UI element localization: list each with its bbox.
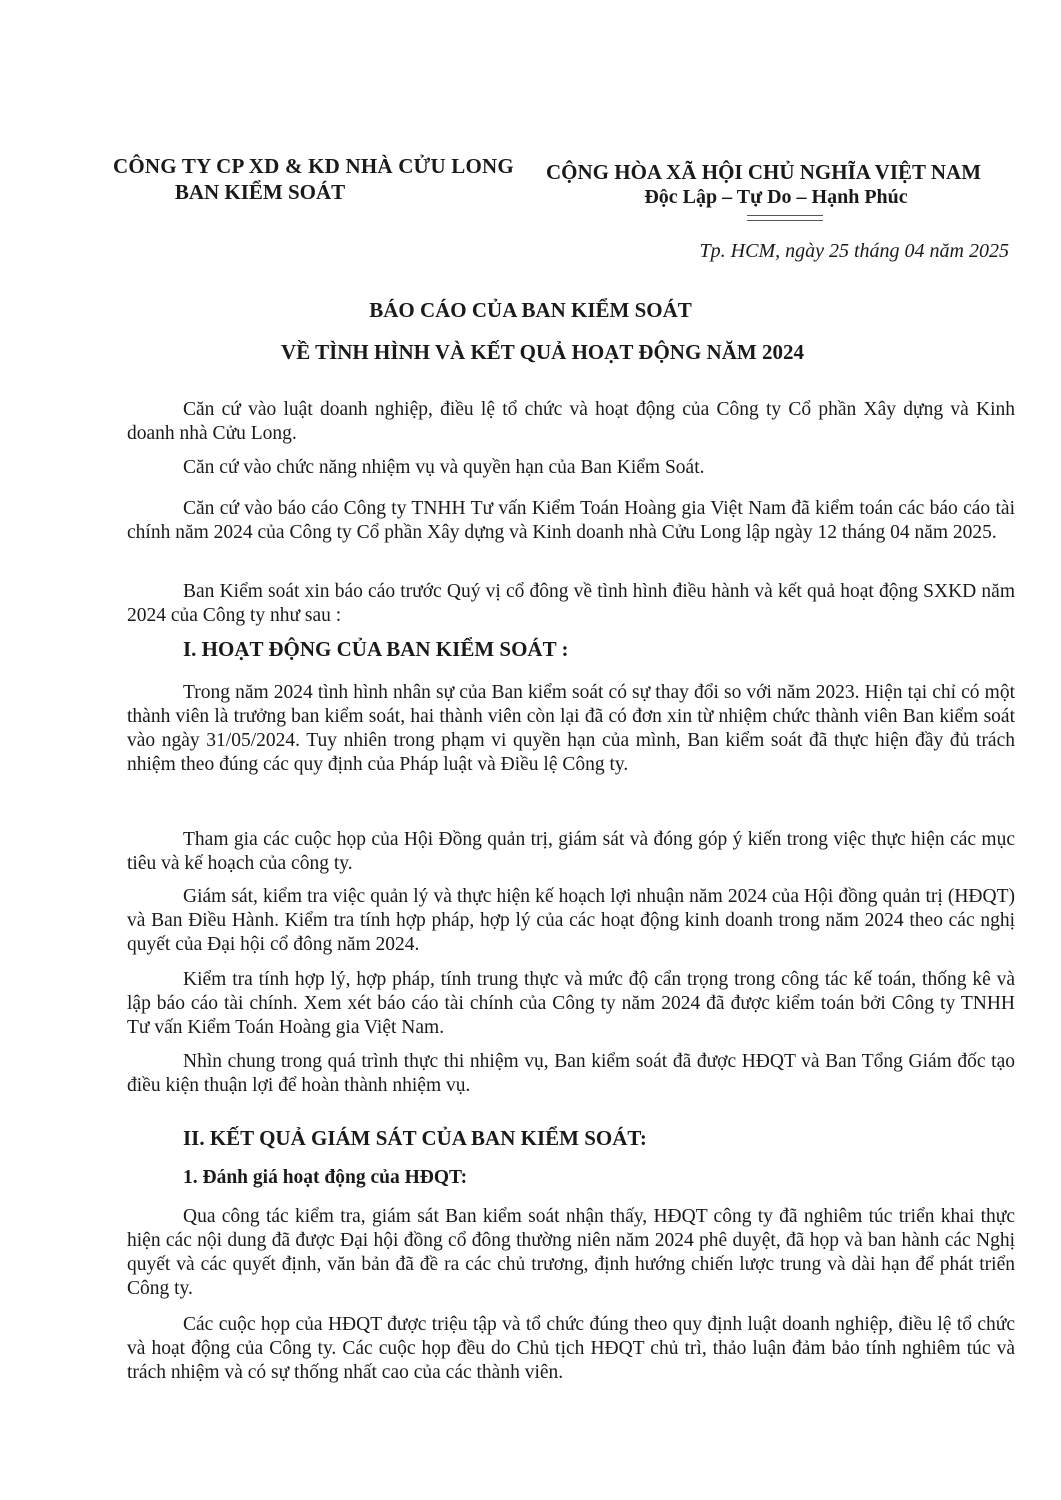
section-1-paragraph: Trong năm 2024 tình hình nhân sự của Ban… — [127, 681, 1015, 777]
preamble-paragraph: Căn cứ vào báo cáo Công ty TNHH Tư vấn K… — [127, 497, 1015, 545]
subsection-1-paragraph: Các cuộc họp của HĐQT được triệu tập và … — [127, 1313, 1015, 1385]
report-title: BÁO CÁO CỦA BAN KIỂM SOÁT — [0, 298, 1061, 323]
subsection-heading-1: 1. Đánh giá hoạt động của HĐQT: — [183, 1167, 467, 1189]
section-1-paragraph: Tham gia các cuộc họp của Hội Đồng quản … — [127, 828, 1015, 876]
subsection-1-paragraph: Qua công tác kiểm tra, giám sát Ban kiểm… — [127, 1205, 1015, 1301]
preamble-paragraph: Căn cứ vào luật doanh nghiệp, điều lệ tổ… — [127, 398, 1015, 446]
department-name: BAN KIỂM SOÁT — [110, 180, 410, 205]
national-motto: Độc Lập – Tự Do – Hạnh Phúc — [546, 186, 1006, 209]
company-name: CÔNG TY CP XD & KD NHÀ CỬU LONG — [113, 154, 514, 179]
section-heading-2: II. KẾT QUẢ GIÁM SÁT CỦA BAN KIỂM SOÁT: — [183, 1126, 647, 1151]
section-heading-1: I. HOẠT ĐỘNG CỦA BAN KIỂM SOÁT : — [183, 637, 568, 662]
place-date: Tp. HCM, ngày 25 tháng 04 năm 2025 — [700, 240, 1009, 263]
header-separator — [747, 215, 823, 221]
section-1-paragraph: Nhìn chung trong quá trình thực thi nhiệ… — [127, 1050, 1015, 1098]
document-page: CÔNG TY CP XD & KD NHÀ CỬU LONG BAN KIỂM… — [0, 0, 1061, 1500]
national-title: CỘNG HÒA XÃ HỘI CHỦ NGHĨA VIỆT NAM — [546, 160, 981, 185]
preamble-paragraph: Căn cứ vào chức năng nhiệm vụ và quyền h… — [127, 456, 1015, 480]
section-1-paragraph: Kiểm tra tính hợp lý, hợp pháp, tính tru… — [127, 968, 1015, 1040]
report-subtitle: VỀ TÌNH HÌNH VÀ KẾT QUẢ HOẠT ĐỘNG NĂM 20… — [0, 340, 1061, 365]
section-1-paragraph: Giám sát, kiểm tra việc quản lý và thực … — [127, 885, 1015, 957]
preamble-paragraph: Ban Kiểm soát xin báo cáo trước Quý vị c… — [127, 580, 1015, 628]
